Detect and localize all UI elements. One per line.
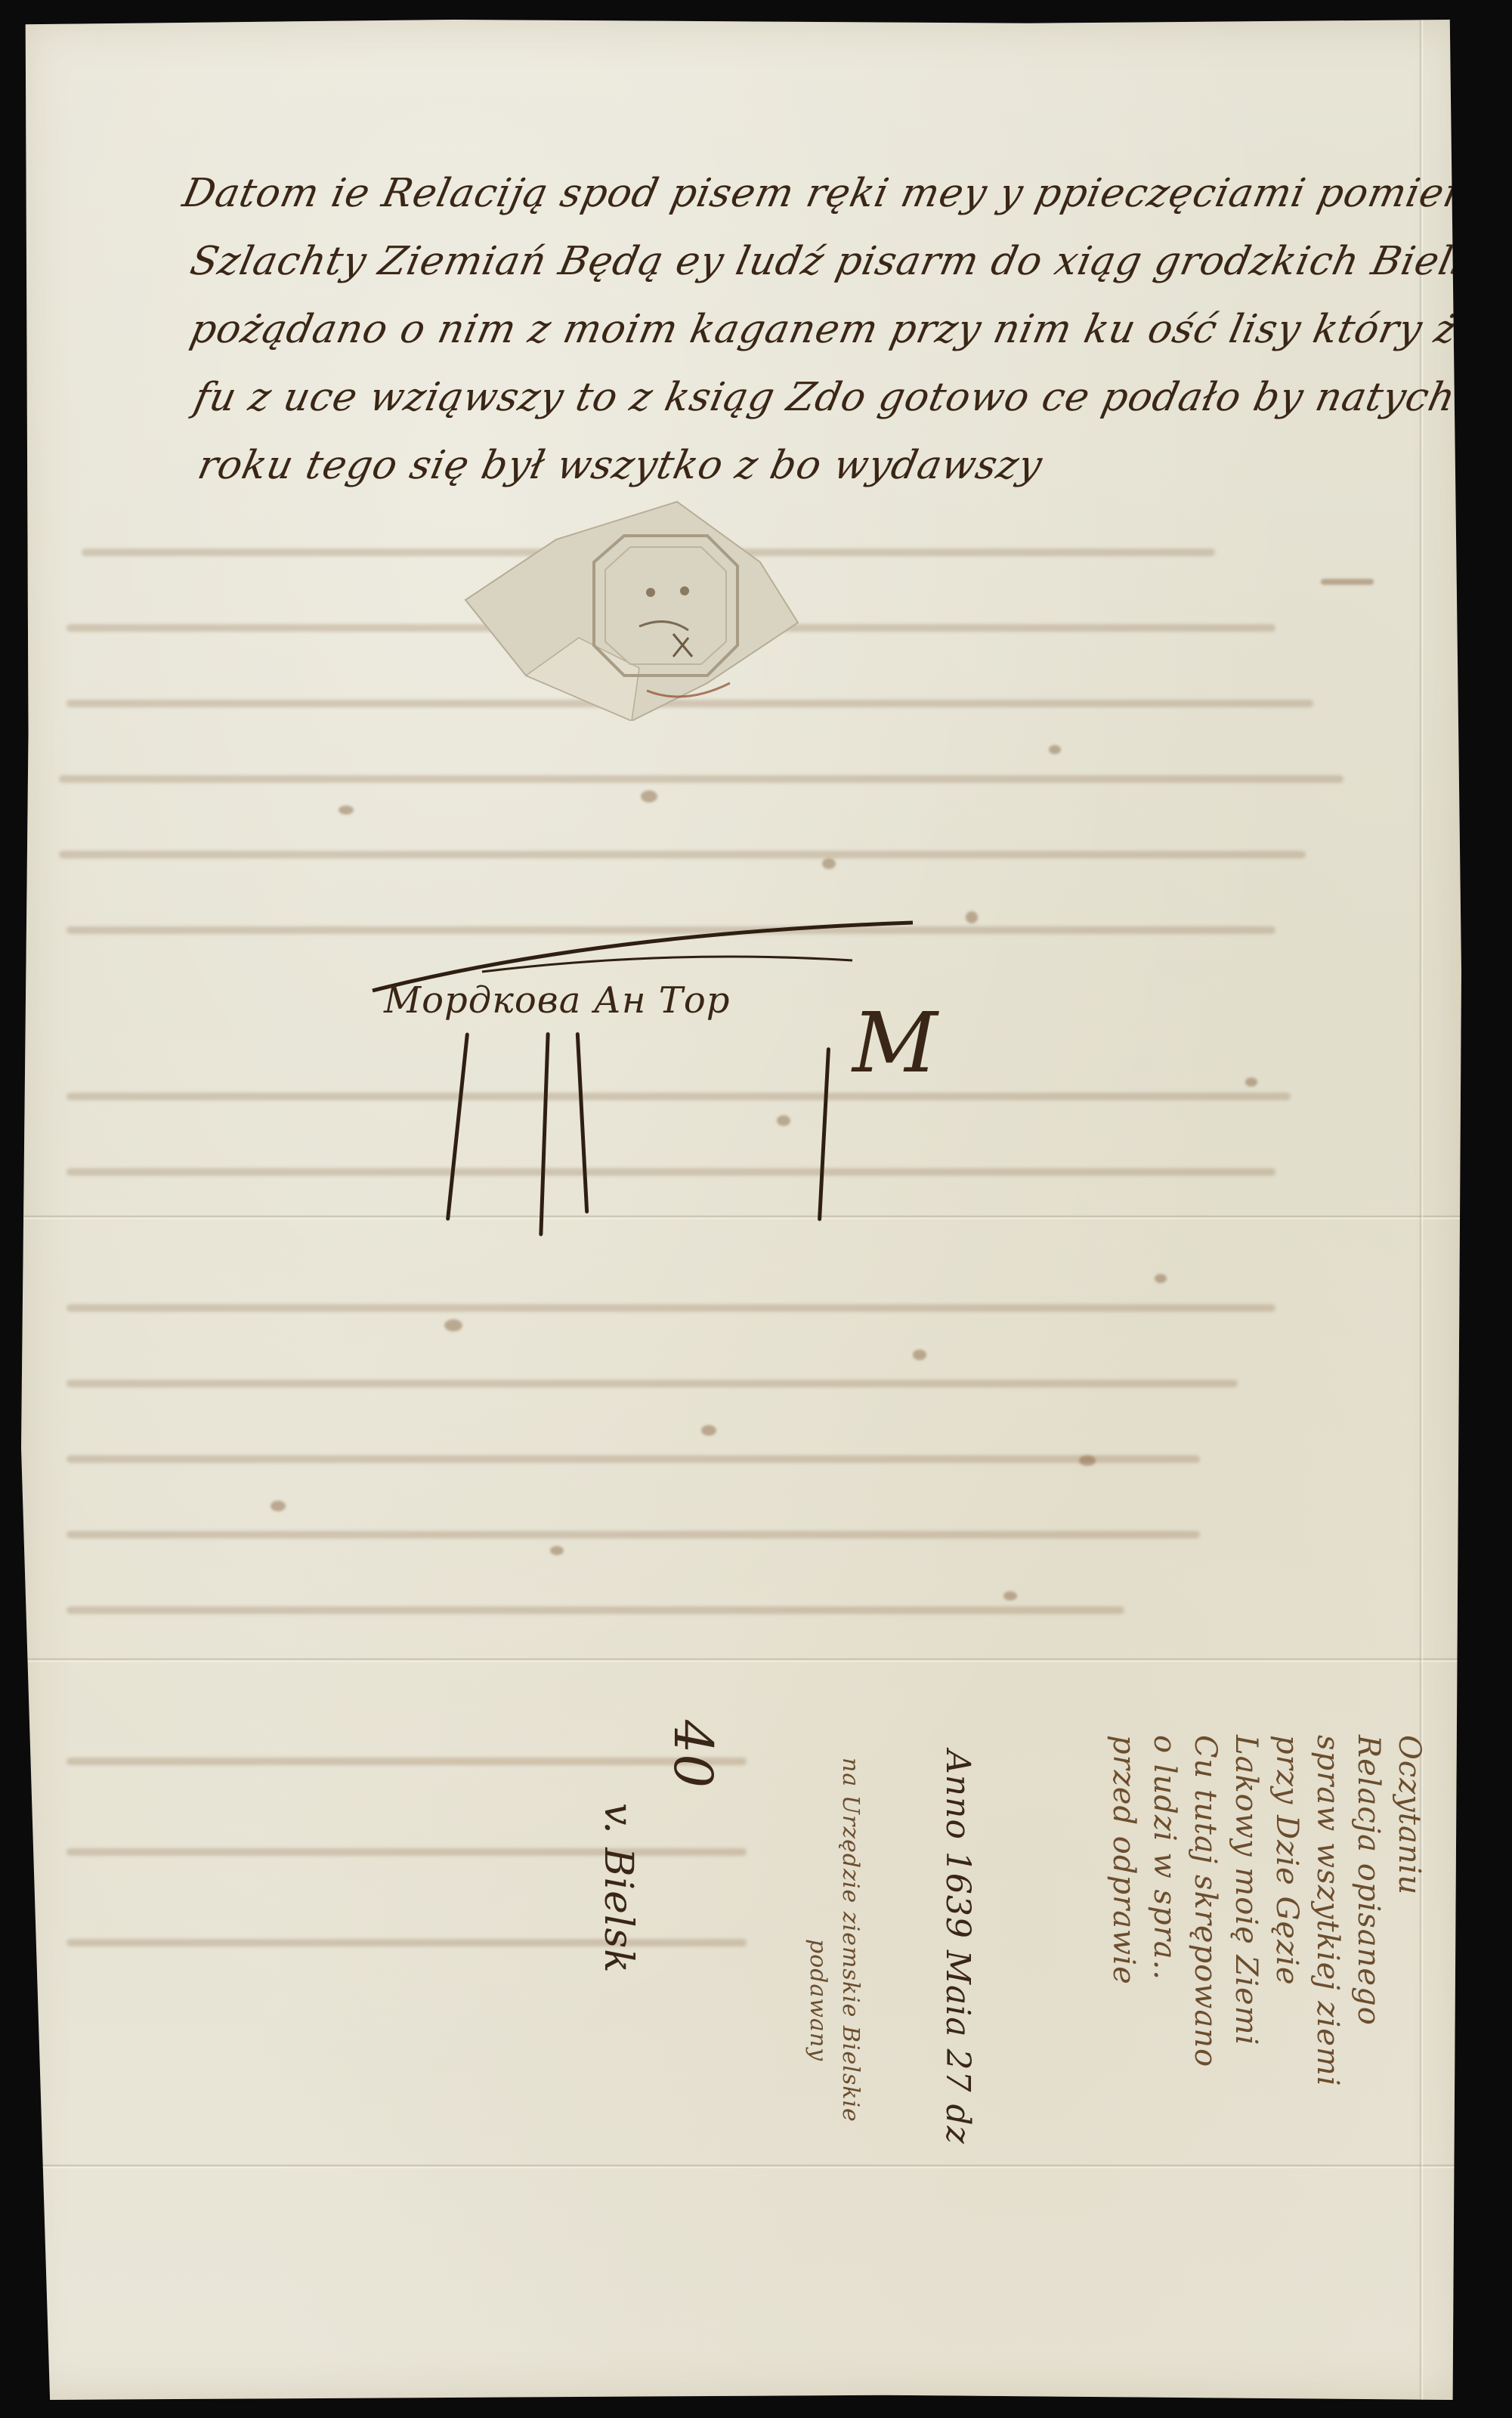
main-text-line-3: pożądano o nim z moim kaganem przy nim k… (187, 307, 1512, 352)
registration-line-1: Oczytaniu (1392, 1735, 1427, 2087)
signature-monogram: M (852, 994, 938, 1091)
main-text-line-2: Szlachty Ziemiań Będą ey ludź pisarm do … (187, 239, 1512, 284)
signature-stroke (818, 1047, 830, 1221)
date-annotation: Anno 1639 Maia 27 dz (938, 1750, 977, 2144)
main-text-line-1: Datom ie Relaciją spod pisem ręki mey y … (179, 171, 1512, 216)
manuscript-page: Datom ie Relaciją spod pisem ręki mey y … (21, 20, 1461, 2400)
signature-stroke (539, 1032, 549, 1236)
fold-line-lower (21, 1658, 1461, 1662)
fold-line-bottom (21, 2164, 1461, 2169)
registration-annotation: Oczytaniu Relacja opisanego spraw wszytk… (1149, 1735, 1427, 2087)
main-text-line-5: roku tego się był wszytko z bo wydawszy (194, 443, 1047, 488)
signature-stroke (576, 1032, 589, 1214)
clerk-annotation: v. Bielsk (595, 1803, 641, 1974)
office-line-1: na Urzędzie ziemskie Bielskie (837, 1758, 864, 2123)
registration-line-3: spraw wszytkiej ziemi (1310, 1735, 1345, 2087)
registration-line-2: Relacja opisanego (1351, 1735, 1386, 2087)
coat-of-arms-seal-icon (458, 494, 805, 721)
main-text-line-4: fu z uce wziąwszy to z ksiąg Zdo gotowo … (190, 375, 1512, 420)
number-annotation: 40 (662, 1720, 724, 1789)
registration-line-8: przed odprawie (1106, 1735, 1141, 2087)
registration-line-4: przy Dzie Gęzie (1269, 1735, 1304, 2087)
registration-line-7: o ludzi w spra.. (1147, 1735, 1182, 2087)
signature-name: Мордкова Ан Тор (384, 979, 730, 1022)
office-line-2: podawany (805, 1939, 831, 2304)
registration-line-6: Cu tutaj skrępowano (1188, 1735, 1223, 2087)
registration-line-5: Lakowy moię Ziemi (1229, 1735, 1263, 2087)
fold-line-middle (21, 1215, 1461, 1220)
paper-seal (458, 494, 805, 721)
office-annotation: na Urzędzie ziemskie Bielskie podawany (811, 1758, 864, 2123)
signature-stroke (446, 1032, 469, 1220)
